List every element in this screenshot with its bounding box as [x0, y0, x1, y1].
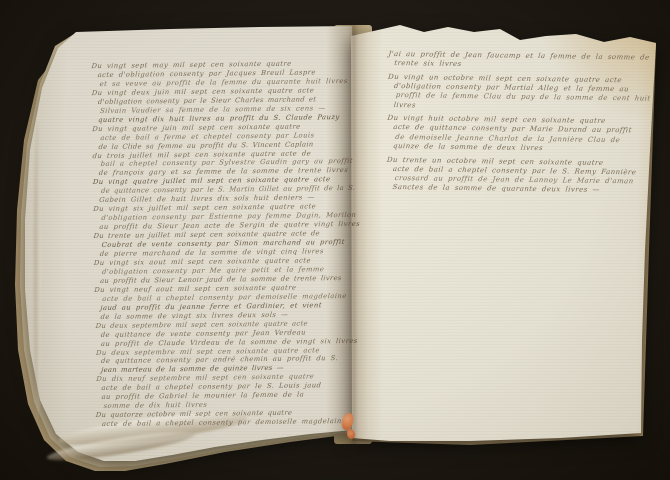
page-gutter: [326, 25, 382, 444]
manuscript-paragraph: Du trente un octobre mil sept cen soixan…: [392, 156, 632, 196]
manuscript-paragraph: Du vingt un octobre mil sept cen soixant…: [393, 73, 633, 113]
manuscript-paragraph: Du vingt huit octobre mil sept cen soixa…: [393, 114, 633, 154]
manuscript-photo: Du vingt sept may mil sept cen soixante …: [0, 0, 670, 480]
manuscript-paragraph: J'ai au proffit de Jean faucamp et la fe…: [394, 50, 634, 72]
manuscript-line: trente six livres: [394, 59, 635, 72]
manuscript-line: Sanctes de la somme de quarante deux liv…: [392, 183, 633, 196]
left-page-text: Du vingt sept may mil sept cen soixante …: [97, 59, 349, 429]
right-page-text: J'ai au proffit de Jean faucamp et la fe…: [392, 50, 634, 200]
paper-crease: [34, 120, 41, 420]
